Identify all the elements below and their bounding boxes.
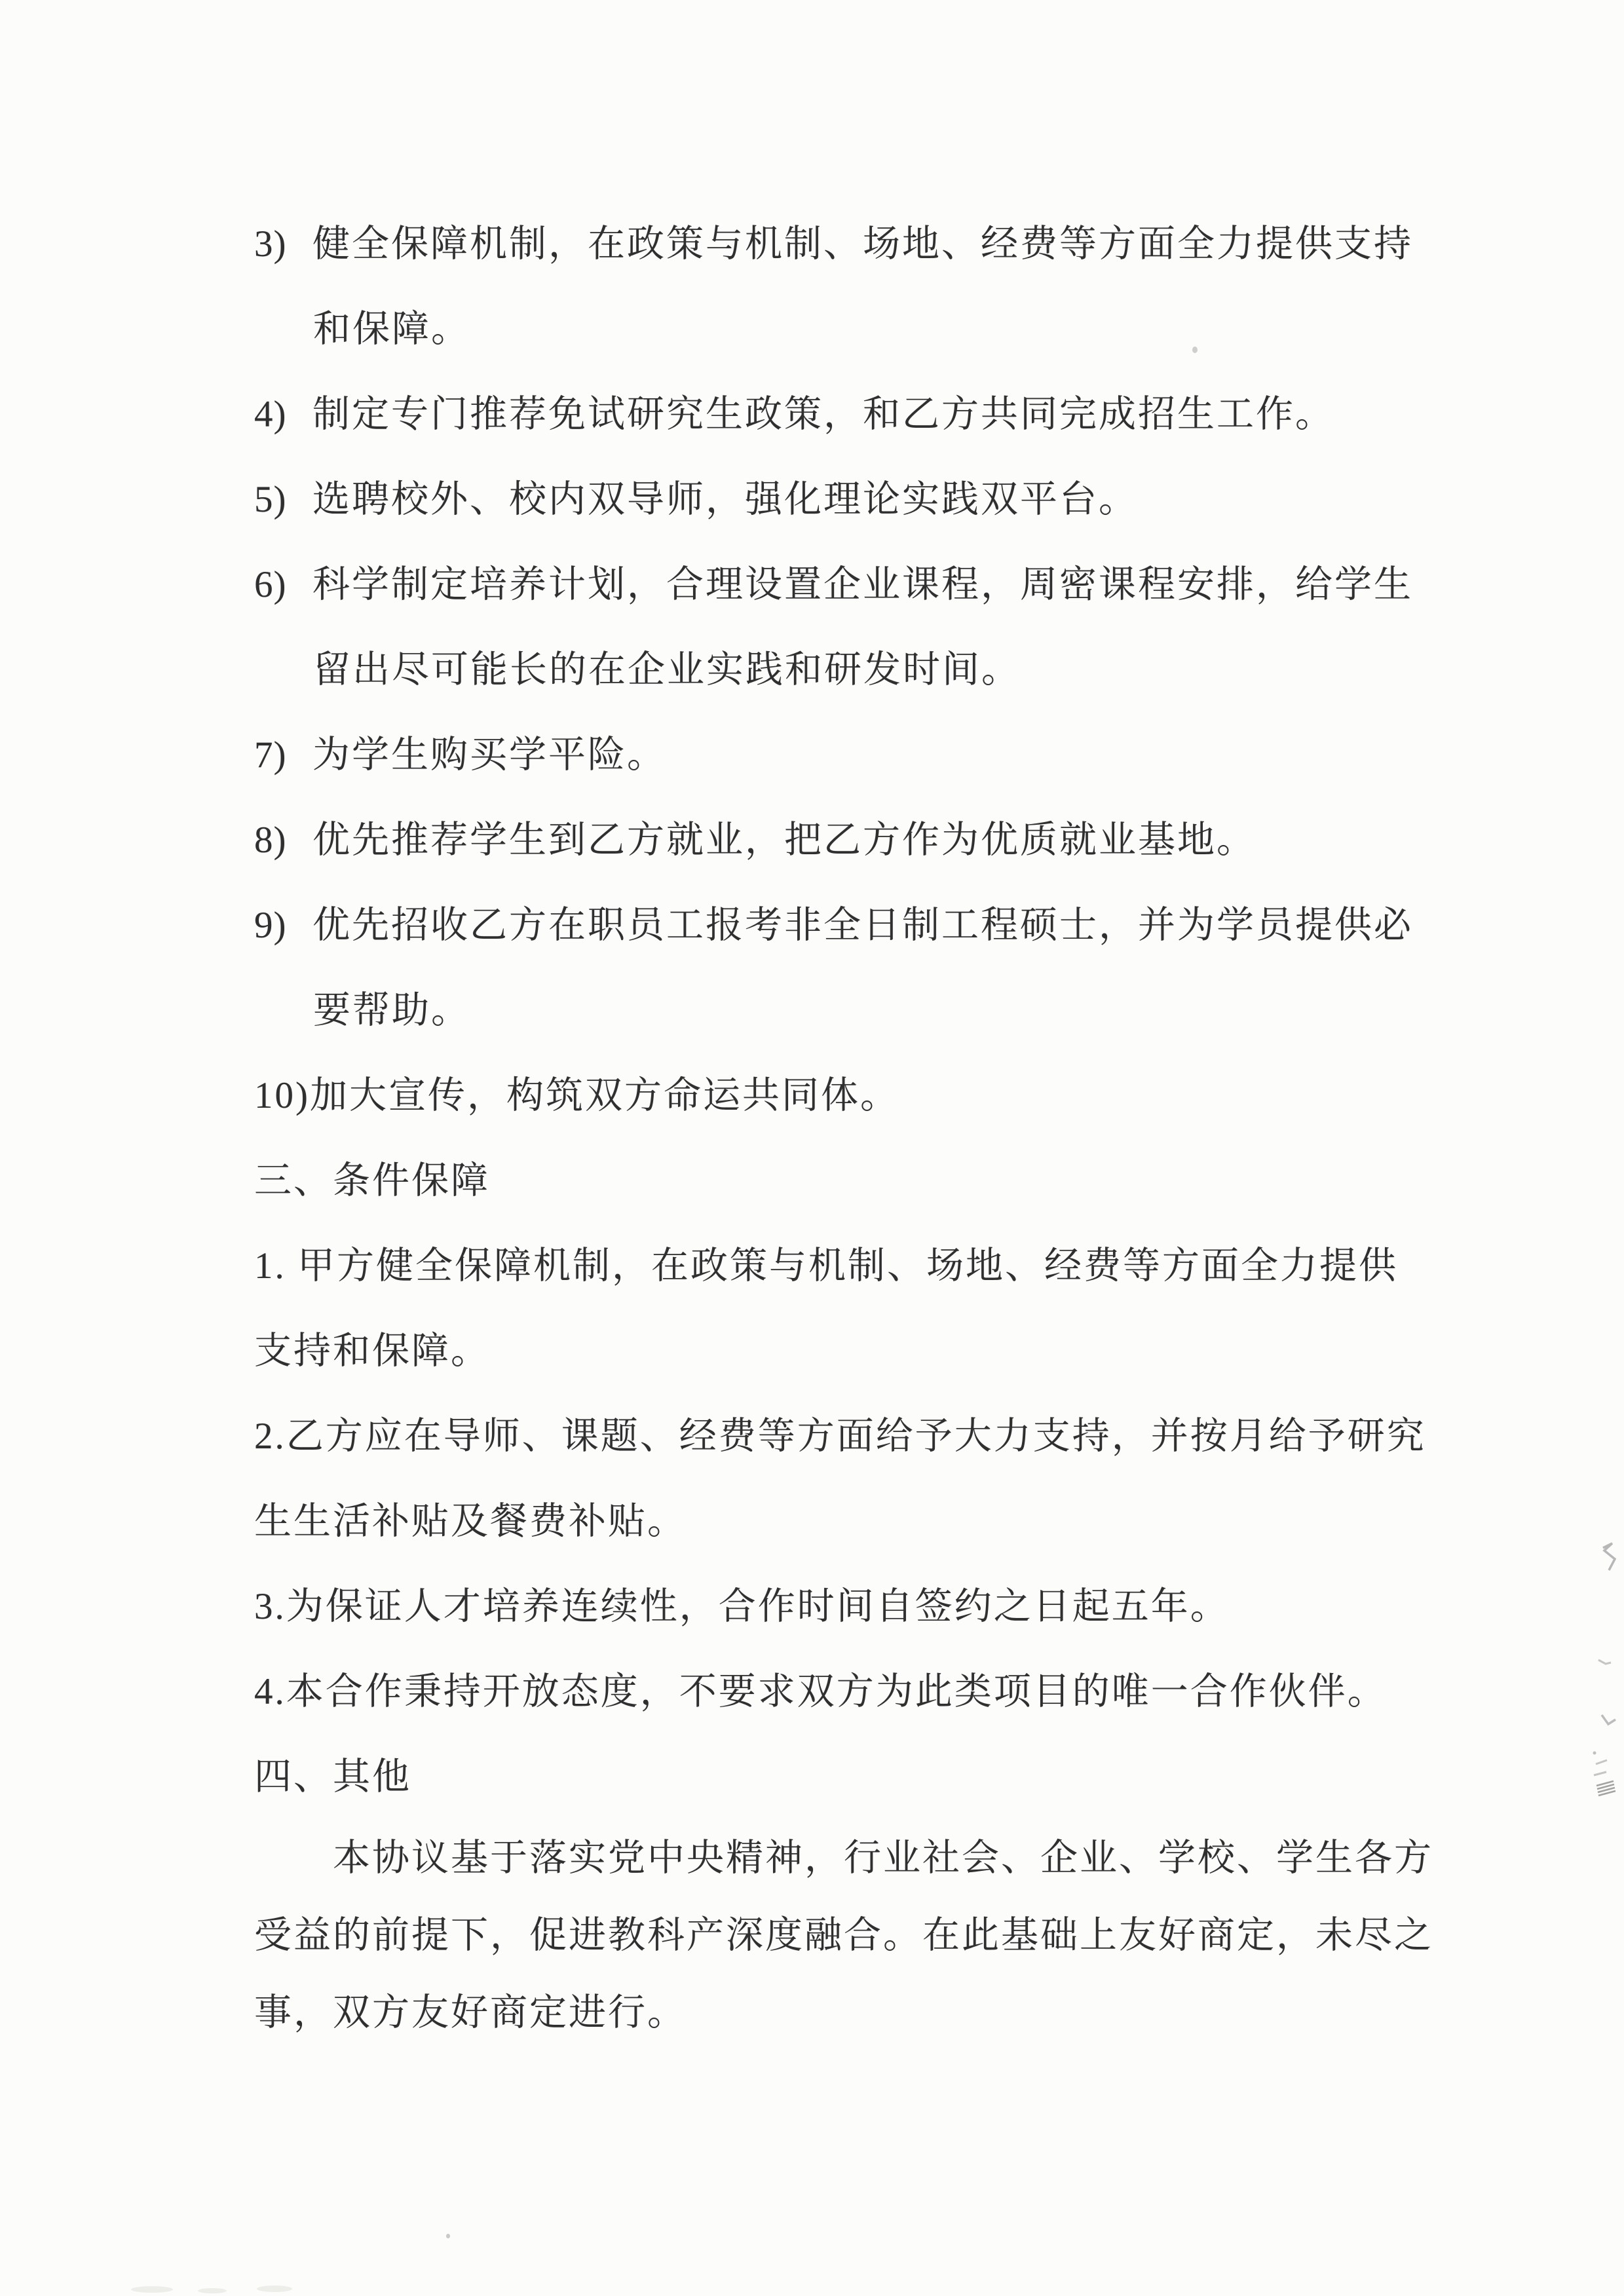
list-item-9: 9)优先招收乙方在职员工报考非全日制工程硕士，并为学员提供必 (254, 883, 1420, 968)
scan-speck-2 (446, 2234, 450, 2238)
section-heading-4: 四、其他 (254, 1735, 1420, 1820)
clause-1-line-1: 1. 甲方健全保障机制，在政策与机制、场地、经费等方面全力提供 (254, 1224, 1420, 1309)
list-item-7-number: 7) (254, 713, 312, 798)
clause-4: 4.本合作秉持开放态度，不要求双方为此类项目的唯一合作伙伴。 (254, 1649, 1420, 1735)
closing-paragraph-line-1: 本协议基于落实党中央精神，行业社会、企业、学校、学生各方 (254, 1820, 1420, 1897)
list-item-6: 6)科学制定培养计划，合理设置企业课程，周密课程安排，给学生 (254, 542, 1420, 628)
list-item-3-continuation: 和保障。 (254, 287, 1420, 372)
list-item-4: 4)制定专门推荐免试研究生政策，和乙方共同完成招生工作。 (254, 372, 1420, 457)
clause-1-line-2: 支持和保障。 (254, 1309, 1420, 1394)
clause-3: 3.为保证人才培养连续性，合作时间自签约之日起五年。 (254, 1564, 1420, 1649)
list-item-6-text: 科学制定培养计划，合理设置企业课程，周密课程安排，给学生 (312, 564, 1413, 605)
list-item-4-number: 4) (254, 372, 312, 457)
clause-2-line-1: 2.乙方应在导师、课题、经费等方面给予大力支持，并按月给予研究 (254, 1394, 1420, 1479)
closing-paragraph-line-2: 受益的前提下，促进教科产深度融合。在此基础上友好商定，未尽之 (254, 1897, 1420, 1974)
scan-smudge-bottom-2 (198, 2288, 227, 2293)
section-heading-3: 三、条件保障 (254, 1139, 1420, 1224)
list-item-10: 10)加大宣传，构筑双方命运共同体。 (254, 1053, 1420, 1139)
list-item-7: 7)为学生购买学平险。 (254, 713, 1420, 798)
list-item-6-number: 6) (254, 542, 312, 628)
list-item-6-continuation: 留出尽可能长的在企业实践和研发时间。 (254, 628, 1420, 713)
list-item-9-text: 优先招收乙方在职员工报考非全日制工程硕士，并为学员提供必 (312, 905, 1413, 946)
scan-smudge-bottom-3 (257, 2286, 292, 2292)
list-item-9-number: 9) (254, 883, 312, 968)
list-item-3-text: 健全保障机制，在政策与机制、场地、经费等方面全力提供支持 (312, 223, 1413, 265)
closing-paragraph-line-3: 事，双方友好商定进行。 (254, 1974, 1420, 2052)
scan-smudge-bottom-1 (131, 2286, 173, 2293)
scan-artifacts-right-margin-icon (1582, 1536, 1624, 1811)
list-item-3-number: 3) (254, 202, 312, 287)
document-page: { "page": { "background": "#fcfcfb", "in… (0, 0, 1624, 2296)
list-item-5-number: 5) (254, 457, 312, 542)
list-item-8: 8)优先推荐学生到乙方就业，把乙方作为优质就业基地。 (254, 798, 1420, 883)
list-item-9-continuation: 要帮助。 (254, 968, 1420, 1053)
document-text: 3)健全保障机制，在政策与机制、场地、经费等方面全力提供支持 和保障。 4)制定… (254, 202, 1420, 2052)
list-item-3: 3)健全保障机制，在政策与机制、场地、经费等方面全力提供支持 (254, 202, 1420, 287)
list-item-4-text: 制定专门推荐免试研究生政策，和乙方共同完成招生工作。 (312, 394, 1334, 435)
list-item-7-text: 为学生购买学平险。 (312, 734, 666, 776)
list-item-5-text: 选聘校外、校内双导师，强化理论实践双平台。 (312, 479, 1138, 520)
clause-2-line-2: 生生活补贴及餐费补贴。 (254, 1479, 1420, 1564)
list-item-5: 5)选聘校外、校内双导师，强化理论实践双平台。 (254, 457, 1420, 542)
list-item-8-number: 8) (254, 798, 312, 883)
list-item-8-text: 优先推荐学生到乙方就业，把乙方作为优质就业基地。 (312, 819, 1256, 861)
